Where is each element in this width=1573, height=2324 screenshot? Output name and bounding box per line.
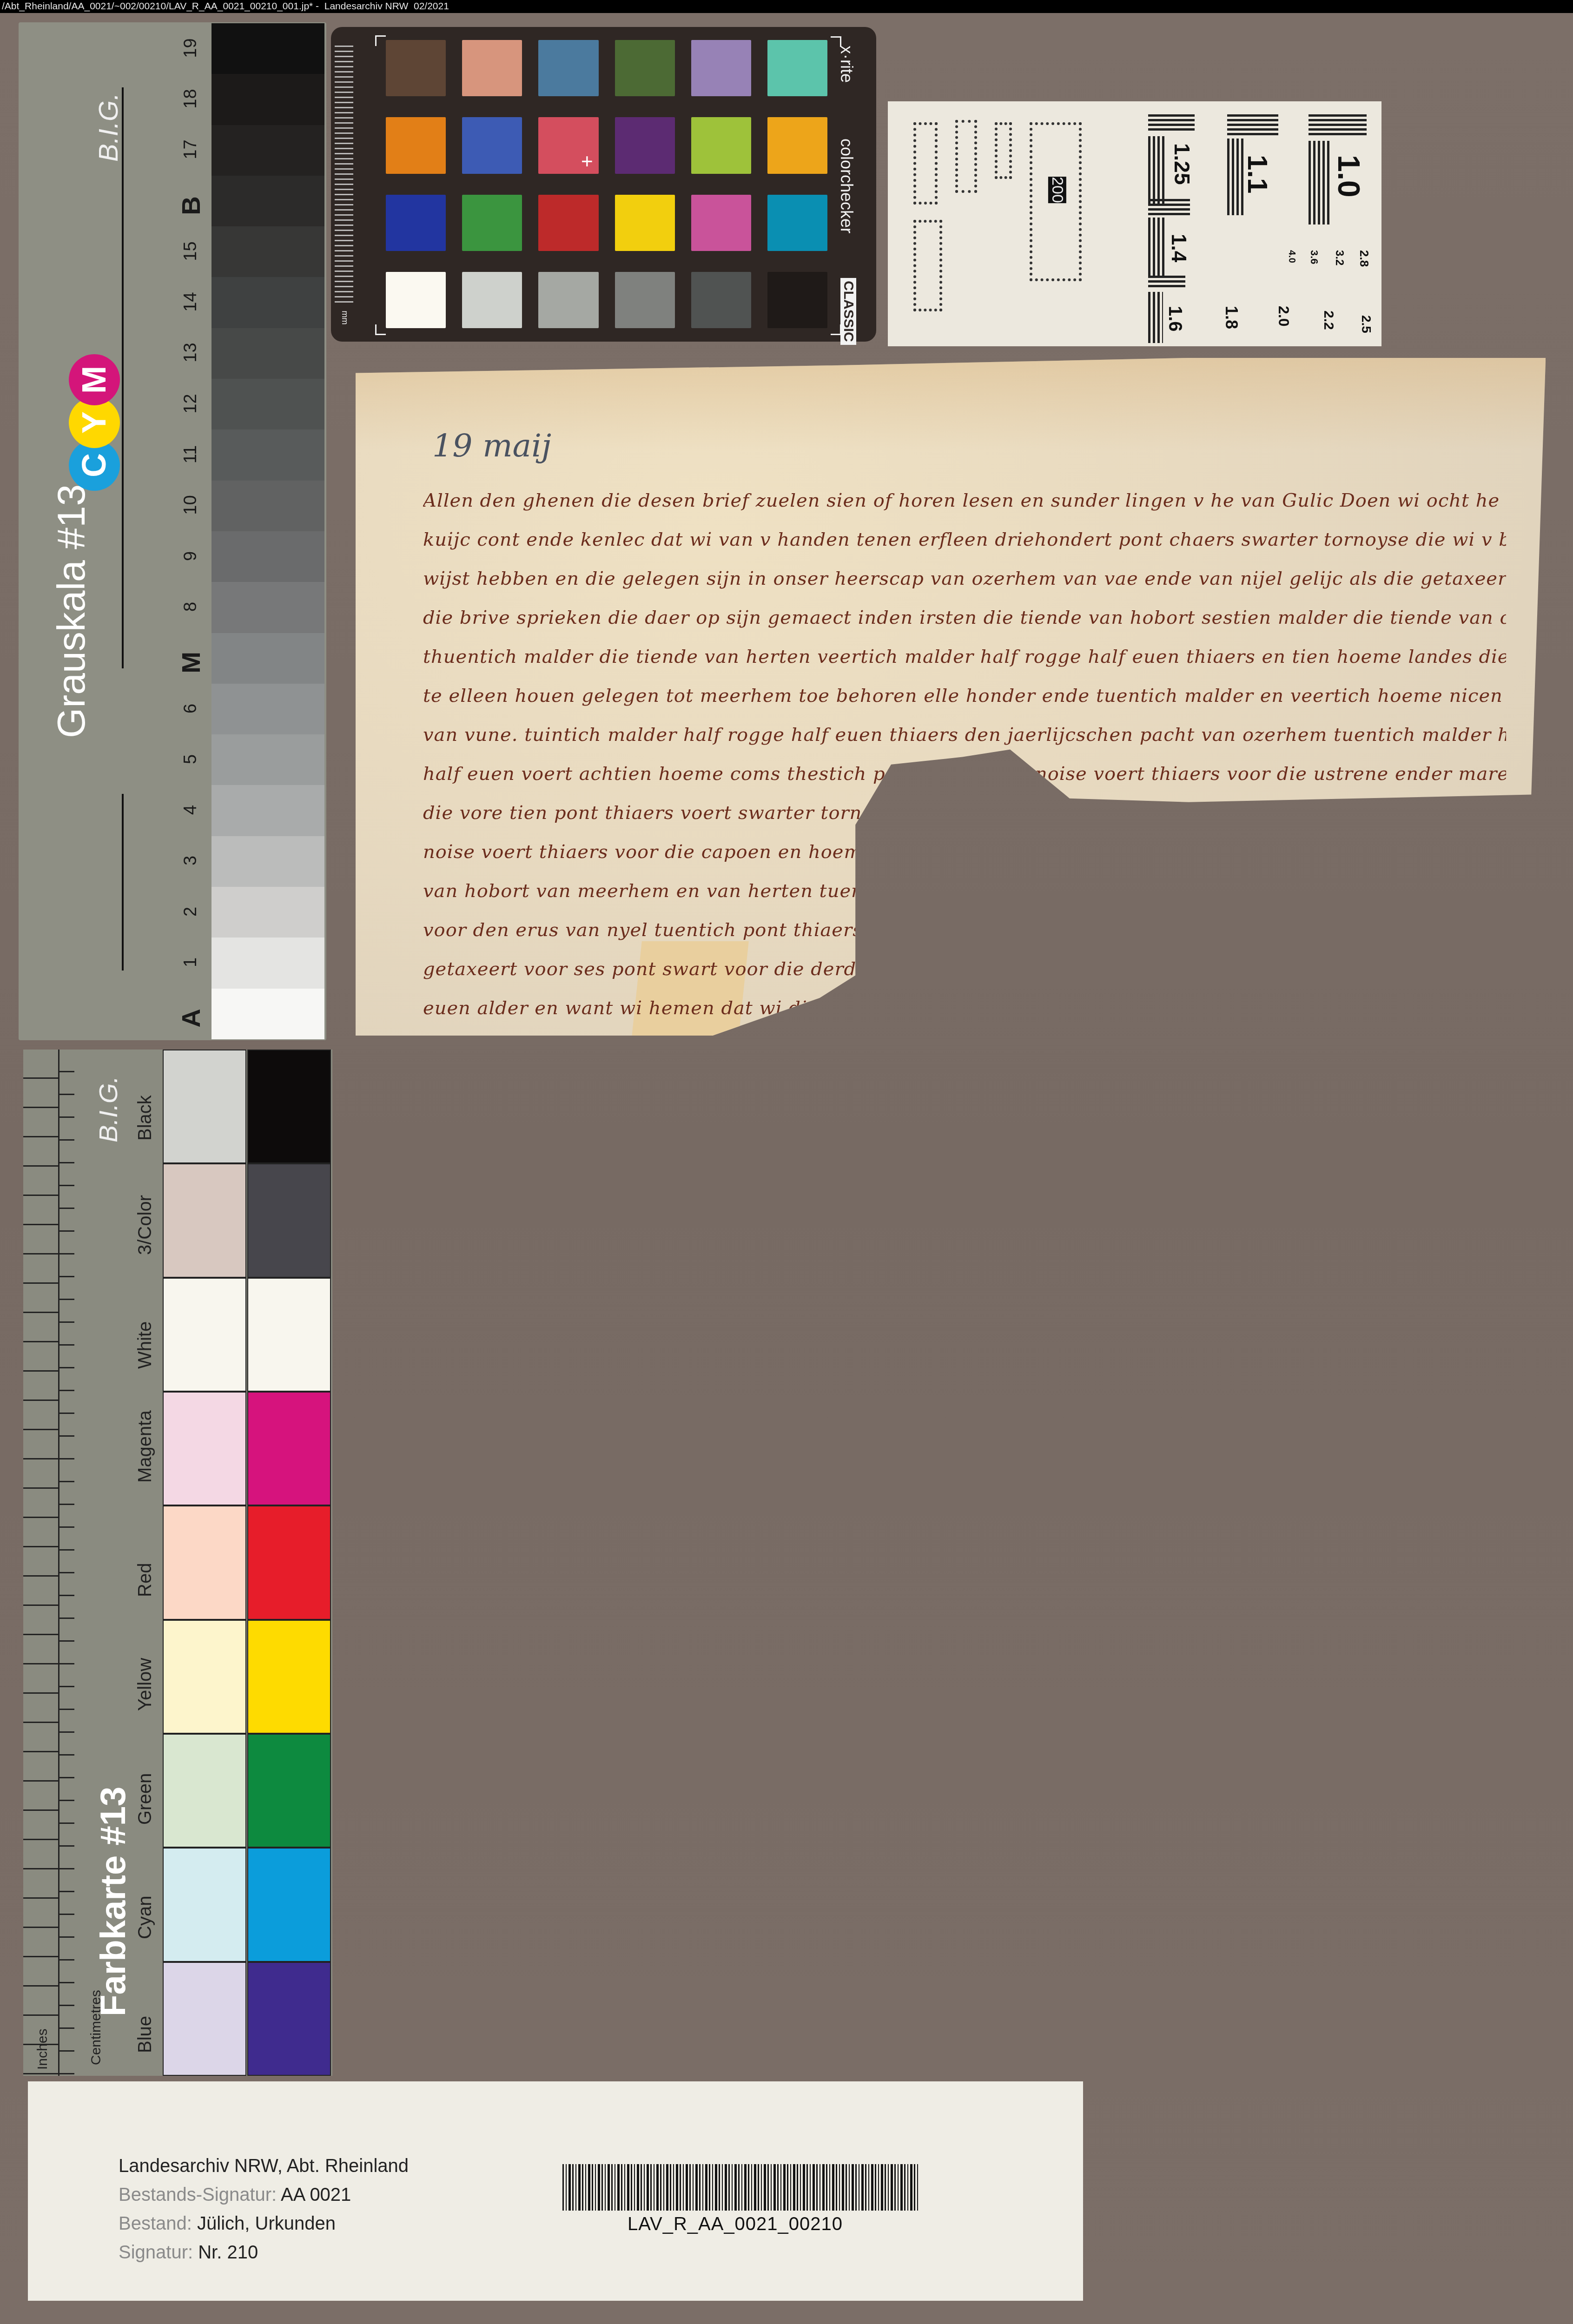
resolution-target: 200 1.25 1.1 1.0 1.4 1.6 1.8 2.0 2.2 2.5… [888,101,1381,346]
gray-tick-label: 10 [181,487,201,524]
colorchecker-chart: mm + x·rite colorchecker CLASSIC [331,27,876,342]
xrite-logo: x·rite [837,46,856,83]
charter-line: thuentich malder die tiende van herten v… [423,637,1506,676]
signatur-key: Signatur: [119,2242,193,2263]
charter-line: te elleen houen gelegen tot meerhem toe … [423,676,1506,715]
edition-badge: CLASSIC [840,278,856,345]
gray-step [211,226,324,277]
color-name-label: 3/Color [135,1195,156,1255]
color-patch [538,272,598,328]
signatur-row: Signatur: Nr. 210 [119,2242,258,2263]
big-brand-label: B.I.G. [93,93,124,162]
window-title-bar: /Abt_Rheinland/AA_0021/~002/00210/LAV_R_… [0,0,1573,13]
color-patch [386,195,446,251]
color-patch [538,40,598,96]
light-swatch-column [163,1050,246,2076]
bar-group-1.1-h [1227,114,1278,135]
gray-tick-label: 6 [181,690,201,727]
circle-group-84 [913,122,938,205]
gray-tick-label: B [176,187,206,224]
bar-group-1.6-h [1148,276,1185,290]
color-patch [615,195,675,251]
swatch-dark-3-color [247,1163,331,1277]
corner-mark [831,324,841,335]
color-patch [538,195,598,251]
gray-step [211,836,324,887]
swatch-light-3-color [163,1163,246,1277]
gray-step [211,23,324,74]
bestand-row: Bestand: Jülich, Urkunden [119,2213,336,2234]
archive-label: Landesarchiv NRW, Abt. Rheinland Bestand… [28,2081,1083,2301]
gray-step [211,684,324,734]
gray-step [211,379,324,429]
gray-step [211,74,324,125]
color-name-label: Black [135,1095,156,1141]
color-name-label: Red [135,1563,156,1597]
bestand-key: Bestand: [119,2213,192,2234]
bestands-signatur-key: Bestands-Signatur: [119,2185,277,2205]
gray-tick-label: 1 [181,944,201,981]
dark-swatch-column [247,1050,331,2076]
charter-line: wijst hebben en die gelegen sijn in onse… [423,559,1506,598]
swatch-light-cyan [163,1848,246,1961]
color-name-label: Yellow [135,1658,156,1711]
cm-ruler [58,1050,74,2076]
color-patch [767,117,827,173]
swatch-light-white [163,1278,246,1392]
corner-mark [375,35,386,46]
color-patch [386,117,446,173]
gray-tick-label: 2 [181,893,201,930]
gray-tick-label: 9 [181,537,201,574]
swatch-dark-magenta [247,1392,331,1505]
color-patch [462,40,522,96]
color-patch [615,117,675,173]
color-patch [462,117,522,173]
circle-group-60 [995,122,1012,179]
gray-tick-label: M [176,644,206,681]
bar-group-1.0-v [1309,141,1329,224]
institution-name: Landesarchiv NRW, Abt. Rheinland [119,2156,409,2177]
grauskala-card: A123456M89101112131415B171819 B.I.G. Gra… [19,22,326,1040]
gray-step [211,125,324,176]
bar-group-1.4-h [1148,199,1190,215]
mm-unit-label: mm [340,311,350,325]
inch-ruler [23,1050,59,2076]
window-title: /Abt_Rheinland/AA_0021/~002/00210/LAV_R_… [2,1,449,12]
swatch-dark-green [247,1734,331,1848]
color-name-label: Green [135,1773,156,1825]
swatch-light-black [163,1050,246,1163]
color-patch [691,117,751,173]
gray-tick-label: 15 [181,232,201,270]
swatch-dark-cyan [247,1848,331,1961]
center-cross-icon: + [581,152,593,172]
gray-step [211,328,324,379]
circle-group-200: 200 [1030,122,1082,281]
swatch-light-yellow [163,1620,246,1734]
grauskala-title: Grauskala #13 [49,599,86,738]
color-name-label: Cyan [135,1895,156,1939]
gray-step [211,887,324,938]
charter-line: die brive sprieken die daer op sijn gema… [423,598,1506,637]
color-patch [691,272,751,328]
bar-group-1.25-h [1148,114,1195,133]
gray-tick-label: 14 [181,284,201,321]
gray-step [211,633,324,684]
charter-line: van vune. tuintich malder half rogge hal… [423,715,1506,754]
charter-line: Allen den ghenen die desen brief zuelen … [423,481,1506,520]
color-patch [691,40,751,96]
gray-step [211,429,324,480]
bar-group-1.6-v [1148,292,1163,343]
mm-ruler [335,46,353,306]
bestands-signatur-row: Bestands-Signatur: AA 0021 [119,2185,351,2205]
gray-step [211,531,324,582]
farbkarte-title: Farbkarte #13 [93,1787,133,2016]
swatch-dark-blue [247,1962,331,2076]
gray-scale-strip [211,23,324,1039]
circle-group-70 [955,120,977,193]
gray-step [211,277,324,328]
corner-mark [375,324,386,335]
gray-tick-label: 19 [181,29,201,66]
bar-group-1.25-v [1148,136,1167,206]
color-name-label: White [135,1321,156,1369]
swatch-light-green [163,1734,246,1848]
gray-tick-label: 8 [181,588,201,625]
swatch-dark-yellow [247,1620,331,1734]
colorchecker-brand: x·rite colorchecker CLASSIC [842,46,870,334]
gray-step [211,481,324,531]
color-patch [615,40,675,96]
color-patch [462,272,522,328]
date-annotation: 19 maij [432,428,551,464]
swatch-dark-red [247,1505,331,1619]
inches-label: Inches [35,2029,51,2070]
circle-group-100 [913,220,942,311]
color-patch [767,195,827,251]
product-name: colorchecker [837,139,856,233]
gray-tick-label: 12 [181,385,201,422]
gray-scale-ticks: A123456M89101112131415B171819 [172,22,209,1040]
swatch-dark-white [247,1278,331,1392]
bar-group-1.4-v [1148,218,1164,278]
bestand-value: Jülich, Urkunden [197,2213,336,2234]
color-name-label: Blue [135,2016,156,2053]
color-patch-grid [386,40,827,328]
color-patch [767,272,827,328]
gray-tick-label: 17 [181,131,201,168]
gray-tick-label: 5 [181,740,201,778]
gray-step [211,734,324,785]
bestands-signatur-value: AA 0021 [281,2185,351,2205]
farbkarte-brand: B.I.G. [93,1076,123,1142]
color-patch [615,272,675,328]
gray-tick-label: 13 [181,334,201,371]
farbkarte-card: Inches Centimetres B.I.G. Farbkarte #13 … [23,1050,332,2076]
gray-tick-label: 3 [181,842,201,879]
color-patch [767,40,827,96]
gray-step [211,938,324,988]
color-patch [691,195,751,251]
swatch-dark-black [247,1050,331,1163]
swatch-light-blue [163,1962,246,2076]
swatch-light-magenta [163,1392,246,1505]
divider-line [122,87,124,668]
gray-step [211,989,324,1039]
gray-tick-label: 11 [181,436,201,473]
color-name-label: Magenta [135,1411,156,1483]
cmy-circle-m: M [69,354,120,405]
gray-tick-label: 4 [181,792,201,829]
charter-line: kuijc cont ende kenlec dat wi van v hand… [423,520,1506,559]
gray-tick-label: A [176,1000,206,1037]
gray-step [211,176,324,226]
gray-step [211,582,324,633]
gray-tick-label: 18 [181,80,201,117]
color-patch [386,272,446,328]
color-patch [462,195,522,251]
color-patch [386,40,446,96]
bar-group-1.0-h [1309,114,1367,138]
barcode [562,2164,918,2211]
divider-line [122,794,124,971]
swatch-light-red [163,1505,246,1619]
signatur-value: Nr. 210 [198,2242,258,2263]
barcode-text: LAV_R_AA_0021_00210 [628,2214,843,2235]
gray-step [211,785,324,836]
